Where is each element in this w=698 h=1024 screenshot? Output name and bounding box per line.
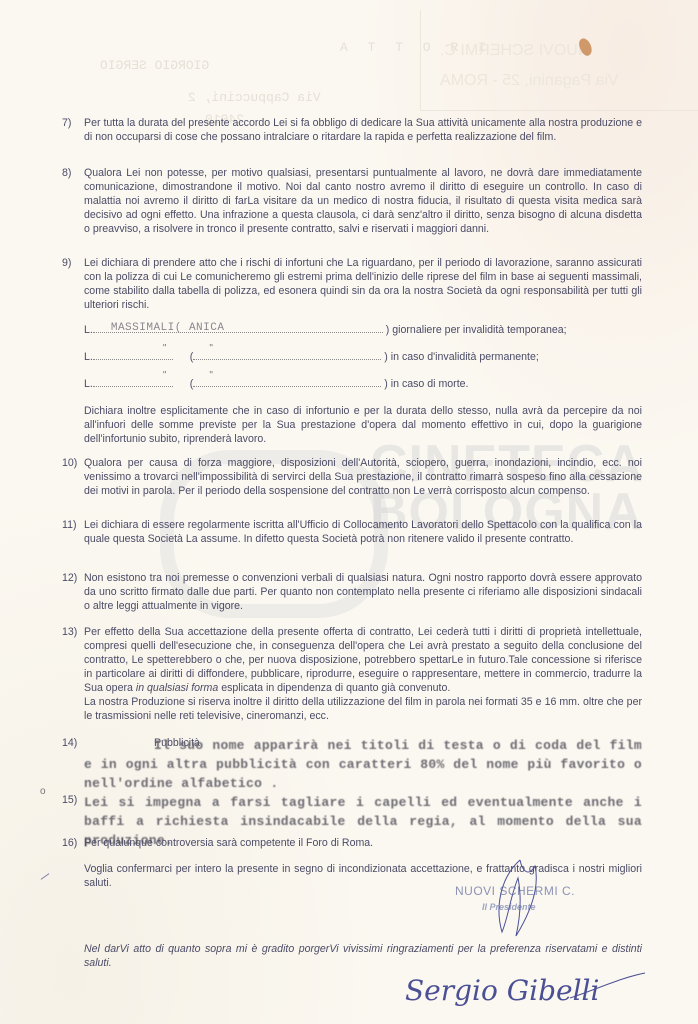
clause-number: 13) (62, 625, 77, 639)
clause-text: Per effetto della Sua accettazione della… (84, 625, 642, 723)
clause-text-production-rights: La nostra Produzione si riserva inoltre … (84, 695, 642, 723)
clause-number: 16) (62, 836, 77, 850)
clause-number: 7) (62, 116, 71, 130)
ghost-address-line-1: GIORGIO SERGIO (100, 58, 209, 73)
clause-12: 12) Non esistono tra noi premesse o conv… (62, 571, 642, 613)
insurance-declaration: Dichiara inoltre esplicitamente che in c… (84, 404, 642, 446)
acceptance-text: Nel darVi atto di quanto sopra mi è grad… (84, 942, 642, 970)
clause-text: Pubblicità Il suo nome apparirà nei tito… (84, 736, 642, 793)
clause-text-part: esplicata in dipendenza di quanto già co… (218, 682, 450, 694)
clause-number: 11) (62, 518, 77, 532)
insurance-row-permanent: L." (" ) in caso d'invalidità permanente… (84, 349, 539, 363)
amount-field[interactable]: MASSIMALI( ANICA (93, 322, 383, 333)
ditto-mark: " (163, 370, 167, 381)
clause-text: Lei dichiara di prendere atto che i risc… (84, 256, 642, 312)
clause-number: 8) (62, 166, 71, 180)
ditto-mark: " (209, 370, 213, 381)
clause-8: 8) Qualora Lei non potesse, per motivo q… (62, 166, 642, 236)
clause-text: Lei dichiara di essere regolarmente iscr… (84, 518, 642, 546)
insurance-row-temporary: L.MASSIMALI( ANICA ) giornaliere per inv… (84, 322, 567, 336)
row-label: ) in caso di morte. (384, 378, 468, 390)
ghost-company-address: Via Paganini, 25 - ROMA (440, 72, 618, 90)
amount-field[interactable]: " (93, 349, 173, 360)
amount-words-field[interactable]: " (193, 376, 381, 387)
row-label: ) giornaliere per invalidità temporanea; (386, 324, 567, 336)
clause-text-italic: in qualsiasi forma (136, 682, 218, 694)
clause-text: Per qualunque controversia sarà competen… (84, 836, 642, 850)
clause-number: 9) (62, 256, 71, 270)
ghost-letterhead-box (420, 10, 698, 111)
clause-11: 11) Lei dichiara di essere regolarmente … (62, 518, 642, 546)
handwritten-signature-icon: Sergio Gibelli (400, 968, 650, 1018)
currency-prefix: L. (84, 378, 93, 390)
ghost-address-line-2: Via Cappuccini, 2 (188, 90, 321, 105)
clause-number: 10) (62, 456, 77, 470)
company-signature-icon (480, 858, 560, 938)
clause-text: Qualora per causa di forza maggiore, dis… (84, 456, 642, 498)
clause-16: 16) Per qualunque controversia sarà comp… (62, 836, 642, 850)
amount-field[interactable]: " (93, 376, 173, 387)
clause-7: 7) Per tutta la durata del presente acco… (62, 116, 642, 144)
ditto-mark: " (209, 343, 213, 354)
signature-text: Sergio Gibelli (405, 974, 599, 1007)
currency-prefix: L. (84, 324, 93, 336)
ghost-company-name: NUOVI SCHERMI C. (440, 42, 589, 60)
clause-number: 15) (62, 793, 77, 807)
typed-amount: MASSIMALI( ANICA (111, 322, 225, 334)
clause-14: 14) Pubblicità Il suo nome apparirà nei … (62, 736, 642, 793)
document-page: A T T O R I GIORGIO SERGIO Via Cappuccin… (0, 0, 698, 1024)
clause-number: 14) (62, 736, 77, 750)
clause-text: Qualora Lei non potesse, per motivo qual… (84, 166, 642, 236)
typed-publicity-text: Il suo nome apparirà nei titoli di testa… (84, 738, 642, 791)
clause-text: Per tutta la durata del presente accordo… (84, 116, 642, 144)
insurance-row-death: L." (" ) in caso di morte. (84, 376, 468, 390)
clause-10: 10) Qualora per causa di forza maggiore,… (62, 456, 642, 498)
clause-13: 13) Per effetto della Sua accettazione d… (62, 625, 642, 723)
margin-mark: o (40, 786, 46, 797)
clause-9: 9) Lei dichiara di prendere atto che i r… (62, 256, 642, 312)
clause-number: 12) (62, 571, 77, 585)
currency-prefix: L. (84, 351, 93, 363)
ditto-mark: " (163, 343, 167, 354)
clause-text: Non esistono tra noi premesse o convenzi… (84, 571, 642, 613)
pen-tick-mark (41, 873, 50, 880)
amount-words-field[interactable]: " (193, 349, 381, 360)
row-label: ) in caso d'invalidità permanente; (384, 351, 539, 363)
